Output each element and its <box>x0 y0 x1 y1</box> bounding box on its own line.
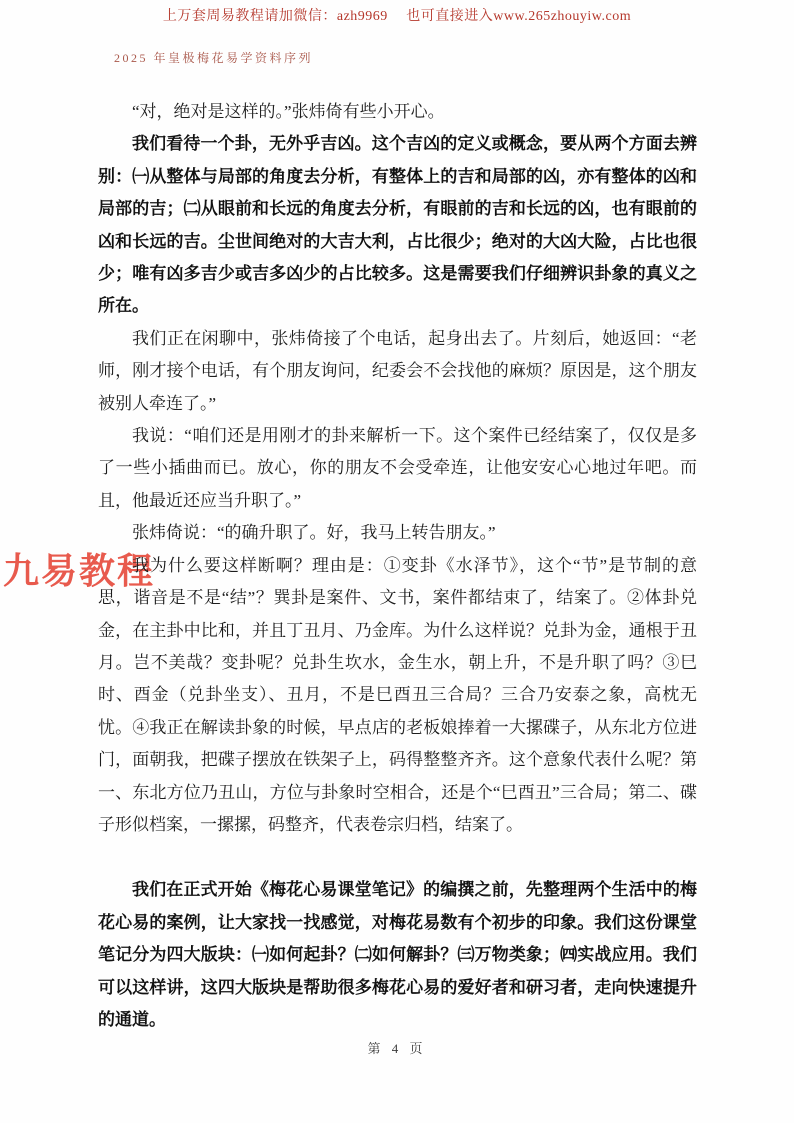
paragraph-course-outline: 我们在正式开始《梅花心易课堂笔记》的编撰之前，先整理两个生活中的梅花心易的案例，… <box>98 874 697 1036</box>
paragraph-jixiong-definition: 我们看待一个卦，无外乎吉凶。这个吉凶的定义或概念，要从两个方面去辨别：㈠从整体与… <box>98 128 697 322</box>
paragraph-phone-call: 我们正在闲聊中，张炜倚接了个电话，起身出去了。片刻后，她返回：“老师，刚才接个电… <box>98 323 697 420</box>
body-text: “对，绝对是这样的。”张炜倚有些小开心。 我们看待一个卦，无外乎吉凶。这个吉凶的… <box>98 96 697 1036</box>
paragraph-dialog-opening: “对，绝对是这样的。”张炜倚有些小开心。 <box>98 96 697 128</box>
series-title: 2025 年皇极梅花易学资料序列 <box>114 49 313 66</box>
document-page: 上万套周易教程请加微信：azh9969 也可直接进入www.265zhouyiw… <box>0 0 794 1123</box>
paragraph-reasoning: 我为什么要这样断啊？理由是：①变卦《水泽节》，这个“节”是节制的意思，谐音是不是… <box>98 550 697 842</box>
header-promo-line: 上万套周易教程请加微信：azh9969 也可直接进入www.265zhouyiw… <box>0 5 794 25</box>
page-number: 第 4 页 <box>0 1038 794 1057</box>
paragraph-confirmation: 张炜倚说：“的确升职了。好，我马上转告朋友。” <box>98 517 697 549</box>
paragraph-my-analysis: 我说：“咱们还是用刚才的卦来解析一下。这个案件已经结案了，仅仅是多了一些小插曲而… <box>98 420 697 517</box>
